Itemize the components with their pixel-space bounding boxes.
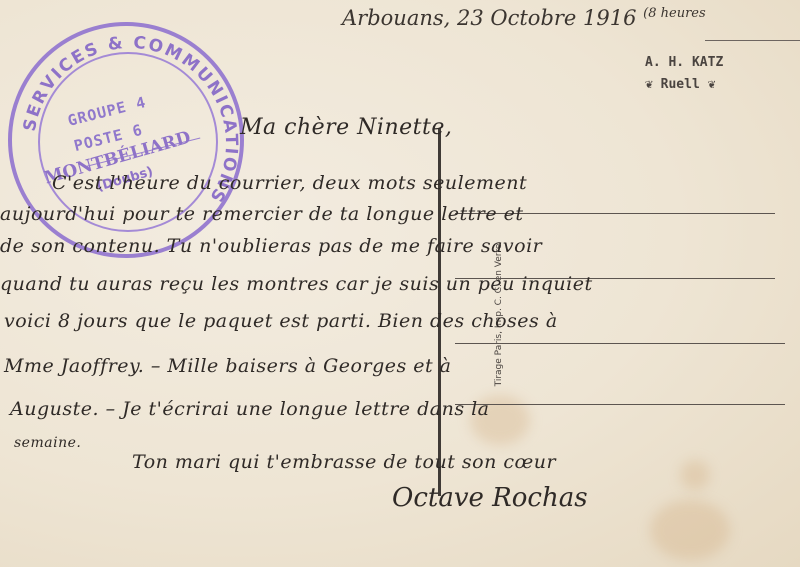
letter-line: de son contenu. Tu n'oublieras pas de me… — [0, 235, 542, 257]
letter-line: C'est l'heure du courrier, deux mots seu… — [52, 172, 527, 194]
signature: Octave Rochas — [392, 483, 588, 513]
letter-line: quand tu auras reçu les montres car je s… — [0, 273, 593, 295]
letter-line: aujourd'hui pour te remercier de ta long… — [0, 203, 524, 225]
printer-place: ❦ Ruell ❦ — [645, 74, 723, 96]
place-date-text: Arbouans, 23 Octobre 1916 — [342, 6, 636, 30]
time-note: (8 heures — [643, 6, 706, 21]
letter-line: voici 8 jours que le paquet est parti. B… — [4, 310, 558, 332]
address-rule — [455, 343, 785, 344]
salutation: Ma chère Ninette, — [240, 115, 452, 140]
printer-mark: A. H. KATZ ❦ Ruell ❦ — [645, 52, 723, 96]
date-underline — [705, 40, 800, 41]
closing-line: Ton mari qui t'embrasse de tout son cœur — [132, 451, 556, 473]
letter-line: Auguste. – Je t'écrirai une longue lettr… — [10, 398, 490, 420]
address-rule — [455, 404, 785, 405]
postcard: SERVICES & COMMUNICATIONS GROUPE 4 POSTE… — [0, 0, 800, 567]
place-date: Arbouans, 23 Octobre 1916 (8 heures — [342, 6, 706, 30]
paper-stain — [650, 500, 730, 560]
letter-line: Mme Jaoffrey. – Mille baisers à Georges … — [4, 355, 452, 377]
paper-stain — [680, 460, 710, 490]
printer-name: A. H. KATZ — [645, 52, 723, 74]
letter-line: semaine. — [14, 435, 81, 451]
